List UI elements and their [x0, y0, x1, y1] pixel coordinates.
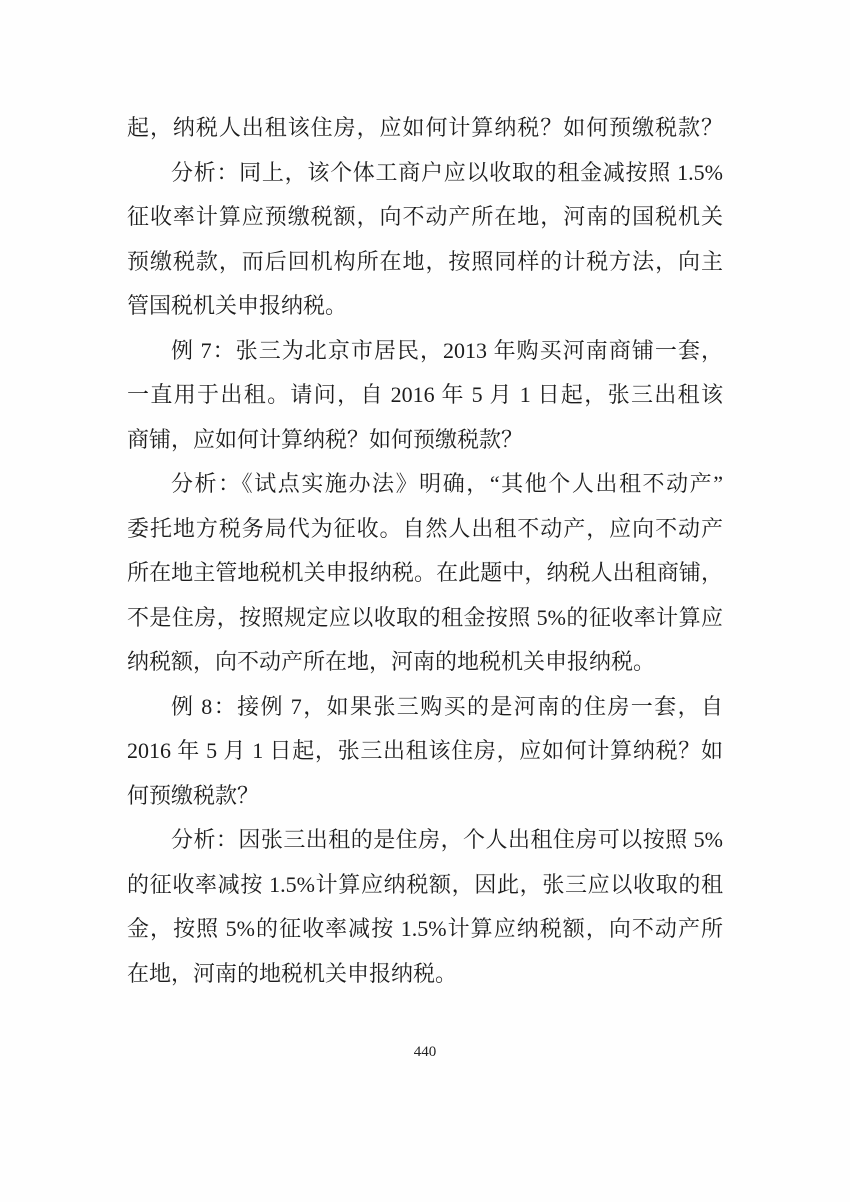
text-line: 分析：《试点实施办法》明确，“其他个人出租不动产”: [127, 462, 723, 507]
text-line: 委托地方税务局代为征收。自然人出租不动产，应向不动产: [127, 507, 723, 552]
text-line: 例 8：接例 7，如果张三购买的是河南的住房一套，自: [127, 685, 723, 730]
document-body: 起，纳税人出租该住房，应如何计算纳税？如何预缴税款？ 分析：同上，该个体工商户应…: [127, 106, 723, 996]
document-page: 起，纳税人出租该住房，应如何计算纳税？如何预缴税款？ 分析：同上，该个体工商户应…: [0, 0, 850, 1202]
text-line: 金，按照 5%的征收率减按 1.5%计算应纳税额，向不动产所: [127, 907, 723, 952]
text-line: 分析：同上，该个体工商户应以收取的租金减按照 1.5%: [127, 151, 723, 196]
text-line: 的征收率减按 1.5%计算应纳税额，因此，张三应以收取的租: [127, 863, 723, 908]
text-line: 起，纳税人出租该住房，应如何计算纳税？如何预缴税款？: [127, 106, 723, 151]
text-line: 何预缴税款？: [127, 774, 723, 819]
text-line: 管国税机关申报纳税。: [127, 284, 723, 329]
text-line: 2016 年 5 月 1 日起，张三出租该住房，应如何计算纳税？如: [127, 729, 723, 774]
text-line: 商铺，应如何计算纳税？如何预缴税款？: [127, 418, 723, 463]
page-number: 440: [0, 1042, 850, 1062]
text-line: 纳税额，向不动产所在地，河南的地税机关申报纳税。: [127, 640, 723, 685]
text-line: 分析：因张三出租的是住房，个人出租住房可以按照 5%: [127, 818, 723, 863]
text-line: 所在地主管地税机关申报纳税。在此题中，纳税人出租商铺，: [127, 551, 723, 596]
text-line: 征收率计算应预缴税额，向不动产所在地，河南的国税机关: [127, 195, 723, 240]
text-line: 一直用于出租。请问，自 2016 年 5 月 1 日起，张三出租该: [127, 373, 723, 418]
text-line: 例 7：张三为北京市居民，2013 年购买河南商铺一套，: [127, 329, 723, 374]
text-line: 在地，河南的地税机关申报纳税。: [127, 952, 723, 997]
text-line: 不是住房，按照规定应以收取的租金按照 5%的征收率计算应: [127, 596, 723, 641]
text-line: 预缴税款，而后回机构所在地，按照同样的计税方法，向主: [127, 240, 723, 285]
